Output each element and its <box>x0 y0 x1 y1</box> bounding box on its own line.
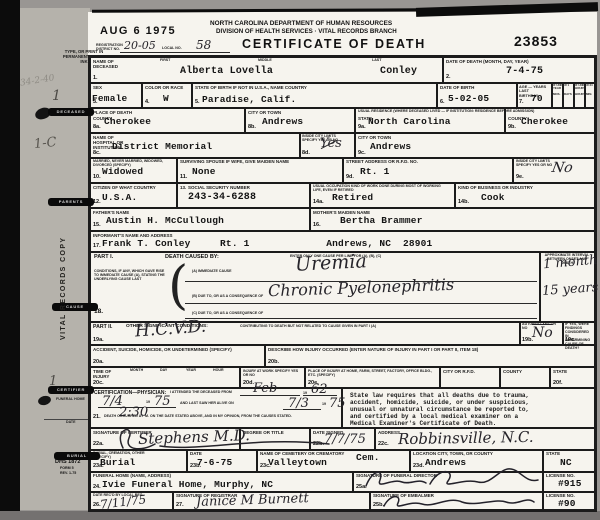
ssn-label: 13. <box>180 185 186 190</box>
name-num: 1. <box>93 75 98 81</box>
time-of-injury-num: 20c. <box>93 380 104 386</box>
usual-residence-label: USUAL RESIDENCE (WHERE DECEASED LIVED — … <box>358 109 588 113</box>
law-notice-line5: Medical Examiner's Certificate of Death. <box>350 420 496 428</box>
form-title: CERTIFICATE OF DEATH <box>242 37 426 51</box>
death-certificate-scan: TYPE, OR PRINT IN PERMANENT BLACK INK DE… <box>0 0 600 520</box>
date-of-birth-value: 5-02-05 <box>448 93 489 104</box>
injury-at-work-label: INJURY AT WORK SPECIFY YES OR NO <box>243 369 301 377</box>
race-num: 4. <box>145 99 150 105</box>
under-24h-hours-label: HOURS <box>575 93 585 96</box>
name-last-value: Conley <box>380 66 417 77</box>
res-county-value: Cherokee <box>521 116 568 127</box>
pod-county-num: 8a. <box>93 124 101 130</box>
funeral-home-value: Ivie Funeral Home, Murphy, NC <box>102 479 273 490</box>
citizen-num: 12. <box>93 199 101 205</box>
tab-cause: CAUSE <box>52 303 98 311</box>
date-of-birth-num: 6. <box>440 99 445 105</box>
tab-burial: BURIAL <box>54 452 100 460</box>
pencil-mark: 1-C <box>33 135 57 152</box>
spouse-value: None <box>192 166 216 177</box>
name-header-middle: MIDDLE <box>258 59 272 63</box>
side-label-date: DATE <box>66 421 76 425</box>
cause-brace: ( <box>168 256 188 316</box>
autopsy-value: No <box>532 325 553 341</box>
icl-hospital-value: Yes <box>320 136 342 151</box>
scan-artifact-bottom <box>0 511 600 520</box>
disposition-location-label: LOCATION CITY, TOWN, OR COUNTY <box>413 451 523 456</box>
under-1-year-label: IF UNDER 1 YEAR <box>553 84 573 90</box>
father-value: Austin H. McCullough <box>106 215 224 226</box>
pencil-mark: 1 <box>49 374 57 389</box>
disposition-state-value: NC <box>560 457 572 468</box>
pod-city-value: Andrews <box>262 116 303 127</box>
place-of-death-label: PLACE OF DEATH <box>93 110 132 115</box>
injury-state-label: STATE <box>553 369 567 374</box>
cert-num21: 21. <box>93 414 101 420</box>
injury-h-hour: HOUR <box>213 369 224 373</box>
name-header-first: FIRST <box>160 59 170 63</box>
embalmer-signature <box>378 490 538 512</box>
hospital-num: 8c. <box>93 150 101 156</box>
occupation-num: 14a. <box>313 199 324 205</box>
res-state-num: 9a. <box>358 124 366 130</box>
local-no-value: 58 <box>196 38 211 52</box>
film-edge-left <box>0 0 20 520</box>
date-of-death-num: 2. <box>446 74 451 80</box>
citizen-label: CITIZEN OF WHAT COUNTRY <box>93 185 163 190</box>
pod-city-label: CITY OR TOWN <box>248 110 288 115</box>
sex-label: SEX <box>93 85 102 90</box>
funeral-home-label: FUNERAL HOME (NAME, ADDRESS) <box>93 473 203 478</box>
injury-h-day: DAY <box>160 369 167 373</box>
injury-h-month: MONTH <box>130 369 143 373</box>
received-date-stamp: AUG 6 1975 <box>100 25 176 37</box>
name-header-last: LAST <box>372 59 381 63</box>
cause-a-value: Uremia <box>294 250 367 276</box>
cause-b-label: (b) DUE TO, OR AS A CONSEQUENCE OF <box>192 295 263 299</box>
industry-value: Cook <box>481 192 505 203</box>
name-first-value: Alberta Lovella <box>180 66 273 77</box>
certifier-signature-flourish <box>105 424 335 456</box>
cemetery-value: Valleytown <box>268 457 327 468</box>
part1-label: PART I. <box>94 254 113 260</box>
injury-county-label: COUNTY <box>503 369 522 374</box>
part2-other-note: CONTRIBUTING TO DEATH BUT NOT RELATED TO… <box>240 325 450 329</box>
conditions-note: CONDITIONS, IF ANY, WHICH GAVE RISE TO I… <box>94 270 168 282</box>
certifier-address-value: Robbinsville, N.C. <box>398 428 534 448</box>
disposition-state-label: STATE <box>546 451 560 456</box>
under-1-year-months-label: MOS. <box>553 93 560 96</box>
informant-num: 17. <box>93 243 101 249</box>
attended-pre: I ATTENDED THE DECEASED FROM <box>170 391 232 395</box>
occurred-post: M. ON THE DATE STATED ABOVE, AND IN MY O… <box>145 415 337 419</box>
form-code-line2: FORM 5 <box>60 466 74 470</box>
occupation-value: Retired <box>332 192 373 203</box>
form-code-line3: REV. 1-75 <box>60 471 76 475</box>
father-num: 15. <box>93 222 101 228</box>
age-value: 70 <box>531 93 543 104</box>
embalmer-license-value: #90 <box>558 498 576 509</box>
tab-parents: PARENTS <box>48 198 94 206</box>
certifier-address-label: ADDRESS <box>378 430 400 435</box>
injury-state-num: 20f. <box>553 380 562 386</box>
res-city-num: 9c. <box>358 150 366 156</box>
hospital-value: District Memorial <box>112 141 212 152</box>
street-num: 9d. <box>346 174 354 180</box>
sex-value: Female <box>92 93 127 104</box>
registration-district-value: 20-05 <box>124 39 156 52</box>
date-of-birth-label: DATE OF BIRTH <box>440 85 474 90</box>
part2-label: PART II. <box>93 324 113 330</box>
attended-to-year: 75 <box>154 394 171 409</box>
pod-county-value: Cherokee <box>104 116 151 127</box>
informant-value: Frank T. Conley Rt. 1 Andrews, NC 28901 <box>102 238 432 249</box>
place-of-injury-label: PLACE OF INJURY AT HOME, FARM, STREET, F… <box>308 369 436 377</box>
street-label: STREET ADDRESS OR R.F.D. No. <box>346 159 466 164</box>
pod-city-num: 8b. <box>248 124 256 130</box>
cause-c-label: (c) DUE TO, OR AS A CONSEQUENCE OF <box>192 312 263 316</box>
ssn-value: 243-34-6288 <box>188 192 256 203</box>
age-num: 7. <box>519 99 524 105</box>
icl-residence-num: 9e. <box>516 174 524 180</box>
cause-a-label: (a) IMMEDIATE CAUSE <box>192 270 231 274</box>
header-rule <box>120 52 230 53</box>
last-saw-date: 7/3 <box>288 396 309 411</box>
occupation-label: USUAL OCCUPATION KIND OF WORK DONE DURIN… <box>313 184 448 192</box>
res-county-num: 9b. <box>508 124 516 130</box>
marital-num: 10. <box>93 174 101 180</box>
side-label-funeral-home: FUNERAL HOME <box>56 398 90 402</box>
race-label: COLOR OR RACE <box>145 85 187 90</box>
date-of-death-label: DATE OF DEATH (MONTH, DAY, YEAR) <box>446 59 586 64</box>
date-of-death-value: 7-4-75 <box>506 66 543 77</box>
pencil-mark: 1 <box>52 88 61 104</box>
cause-b-line <box>185 303 537 304</box>
agency-line2: DIVISION OF HEALTH SERVICES · VITAL RECO… <box>216 28 397 35</box>
state-of-birth-value: Paradise, Calif. <box>202 94 296 105</box>
ssn-label-text: SOCIAL SECURITY NUMBER <box>188 185 250 190</box>
funeral-director-signature <box>358 458 543 492</box>
tab-deceased: DECEASED <box>48 108 94 116</box>
disposition-date-value: 7-6-75 <box>197 457 232 468</box>
agency-line1: NORTH CAROLINA DEPARTMENT OF HUMAN RESOU… <box>210 20 392 27</box>
vital-records-copy-stamp: VITAL RECORDS COPY <box>60 236 67 340</box>
registrar-num: 27. <box>176 502 184 508</box>
disposition-method-value: Burial <box>100 457 135 468</box>
injury-h-year: YEAR <box>186 369 196 373</box>
part2-num: 19a. <box>93 337 104 343</box>
time-of-injury-label: TIME OF INJURY <box>93 369 121 379</box>
certifier-address-num: 22c. <box>378 441 389 447</box>
name-label: NAME OF DECEASED <box>93 59 129 69</box>
certifier-signature-num: 22a. <box>93 441 104 447</box>
last-saw-label: AND LAST SAW HER ALIVE ON <box>180 402 234 406</box>
industry-label: KIND OF BUSINESS OR INDUSTRY <box>458 185 568 190</box>
street-value: Rt. 1 <box>360 166 390 177</box>
res-city-value: Andrews <box>370 141 411 152</box>
attended-from-month: Feb <box>253 381 277 396</box>
certificate-number: 23853 <box>514 33 558 49</box>
director-license-value: #915 <box>558 478 582 489</box>
state-of-birth-label: STATE OF BIRTH IF NOT IN U.S.A., NAME CO… <box>195 85 385 90</box>
accident-num: 20a. <box>93 359 104 365</box>
spouse-label: SURVIVING SPOUSE IF WIFE, GIVE MAIDEN NA… <box>180 159 320 164</box>
occurred-time: 2:30 <box>119 405 148 420</box>
pre19c: 19 <box>322 403 326 407</box>
mother-value: Bertha Brammer <box>340 215 423 226</box>
cause-c-line <box>185 318 537 319</box>
spouse-num: 11. <box>180 174 187 180</box>
state-of-birth-num: 5. <box>195 99 200 105</box>
injury-city-label: CITY OR R.F.D. <box>443 369 475 374</box>
last-saw-year: 75 <box>329 396 346 411</box>
marital-value: Widowed <box>102 166 143 177</box>
local-no-label: LOCAL NO. <box>162 47 182 51</box>
under-24h-label: IF UNDER 24 HOURS <box>575 84 594 90</box>
accident-label: ACCIDENT, SUICIDE, HOMICIDE, OR UNDETERM… <box>93 347 253 352</box>
describe-injury-num: 20b. <box>268 359 279 365</box>
citizen-value: U.S.A. <box>102 192 137 203</box>
race-value: W <box>163 93 169 104</box>
icl-residence-value: No <box>551 160 575 176</box>
mother-num: 16. <box>313 222 321 228</box>
findings-num: 19c. <box>565 337 576 343</box>
industry-num: 14b. <box>458 199 469 205</box>
res-state-value: North Carolina <box>368 116 451 127</box>
attended-from-year: 62 <box>311 382 328 397</box>
funeral-home-num: 24. <box>93 484 101 490</box>
describe-injury-label: DESCRIBE HOW INJURY OCCURRED (ENTER NATU… <box>268 347 588 352</box>
icl-hospital-num: 8d. <box>302 150 310 156</box>
under-1-year-days-label: DAYS <box>564 93 572 96</box>
res-city-label: CITY OR TOWN <box>358 135 398 140</box>
under-24h-min-label: MIN. <box>586 93 592 96</box>
